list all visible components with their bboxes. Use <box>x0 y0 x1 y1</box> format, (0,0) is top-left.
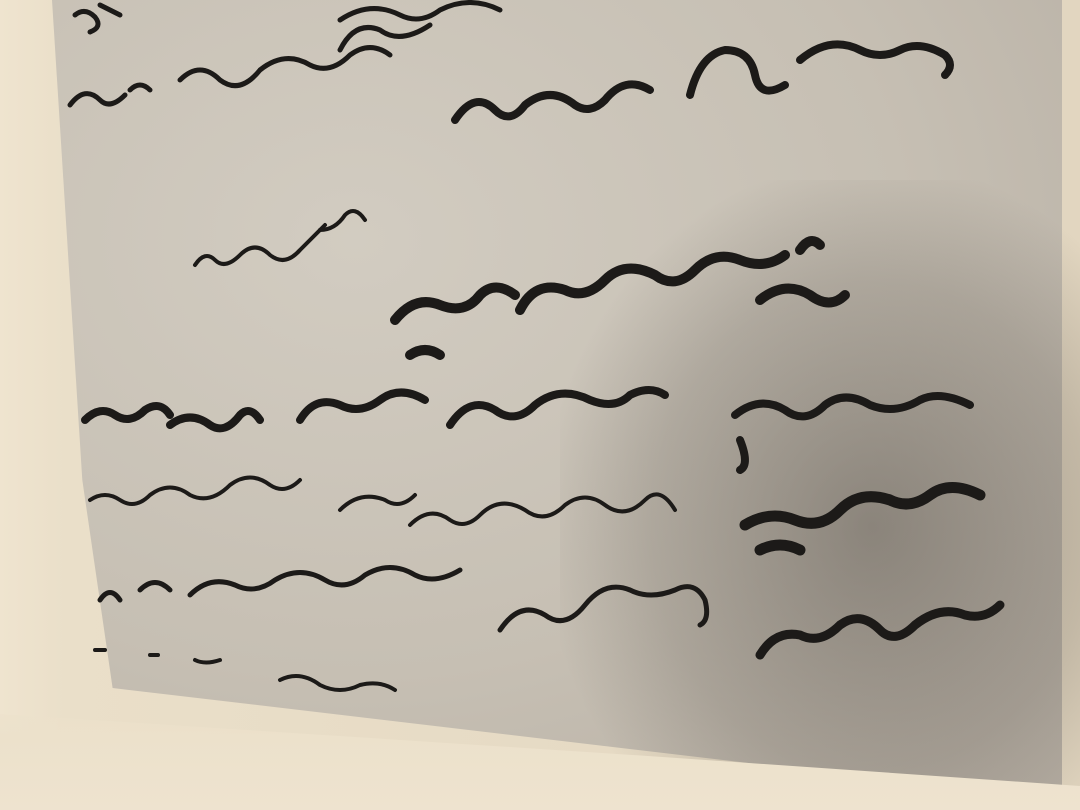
script-line-7 <box>90 478 675 526</box>
calligraphy-ink <box>0 0 1080 810</box>
script-line-7b <box>745 488 980 551</box>
script-line-2 <box>70 25 430 105</box>
photograph <box>0 0 1080 810</box>
script-line-6 <box>85 390 970 470</box>
script-line-4 <box>195 211 365 265</box>
script-line-5 <box>395 241 845 355</box>
script-line-8 <box>100 568 707 631</box>
script-line-9 <box>95 650 395 690</box>
script-line-3 <box>455 44 950 120</box>
script-line-1 <box>75 3 500 33</box>
script-line-8b <box>760 605 1000 655</box>
